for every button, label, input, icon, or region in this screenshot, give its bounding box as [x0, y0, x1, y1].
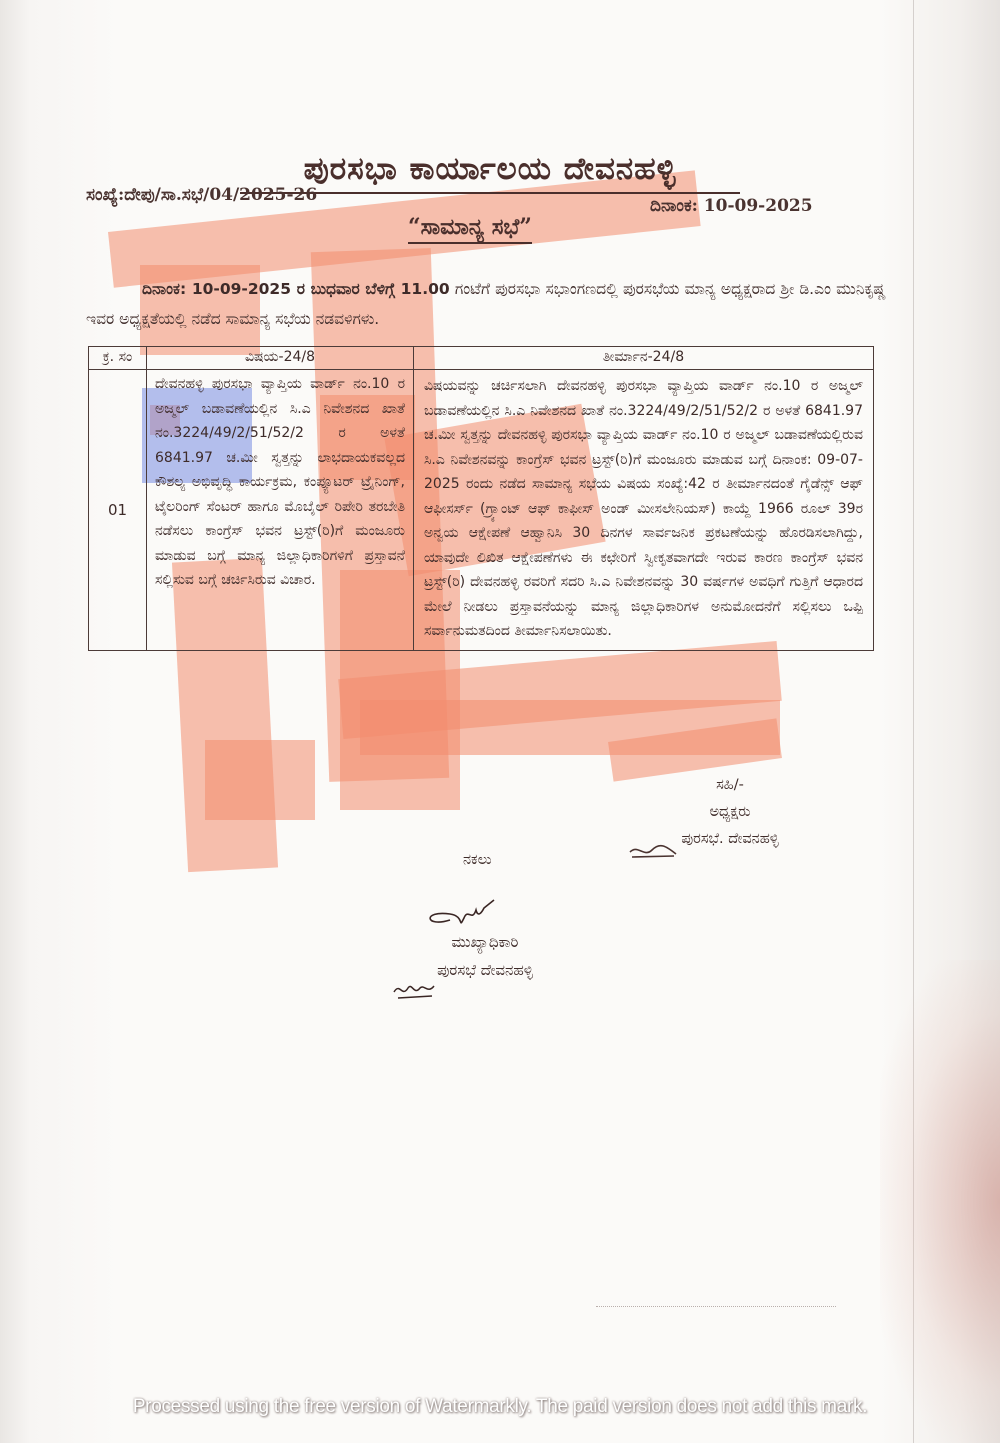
- chief-officer-designation: ಮುಖ್ಯಾಧಿಕಾರಿ: [400, 928, 570, 956]
- paper-stain: [880, 960, 1000, 1443]
- intro-paragraph: ದಿನಾಂಕ: 10-09-2025 ರ ಬುಧವಾರ ಬೆಳಿಗ್ಗೆ 11.…: [86, 274, 886, 334]
- header-subject: ವಿಷಯ-24/8: [147, 347, 414, 370]
- initials-scribble-icon: [628, 842, 678, 862]
- row-resolution: ವಿಷಯವನ್ನು ಚರ್ಚಿಸಲಾಗಿ ದೇವನಹಳ್ಳಿ ಪುರಸಭಾ ವ್…: [414, 370, 874, 651]
- document-date: ದಿನಾಂಕ: 10-09-2025: [650, 196, 813, 216]
- row-serial: 01: [89, 370, 147, 651]
- minutes-table: ಕ್ರ. ಸಂ ವಿಷಯ-24/8 ತೀರ್ಮಾನ-24/8 01 ದೇವನಹಳ…: [88, 346, 874, 651]
- copy-label: ನಕಲು: [463, 852, 492, 868]
- header-resolution: ತೀರ್ಮಾನ-24/8: [414, 347, 874, 370]
- signed-mark: ಸಹಿ/-: [640, 772, 820, 799]
- table-header-row: ಕ್ರ. ಸಂ ವಿಷಯ-24/8 ತೀರ್ಮಾನ-24/8: [89, 347, 874, 370]
- watermark-text: Processed using the free version of Wate…: [0, 1396, 1000, 1418]
- header-serial: ಕ್ರ. ಸಂ: [89, 347, 147, 370]
- initials-scribble-icon: [392, 978, 438, 1004]
- meeting-title: “ಸಾಮಾನ್ಯ ಸಭೆ”: [408, 214, 532, 244]
- table-row: 01 ದೇವನಹಳ್ಳಿ ಪುರಸಭಾ ವ್ಯಾಪ್ತಿಯ ವಾರ್ಡ್ ನಂ.…: [89, 370, 874, 651]
- president-signoff: ಸಹಿ/- ಅಧ್ಯಕ್ಷರು ಪುರಸಭೆ. ದೇವನಹಳ್ಳಿ: [640, 772, 820, 853]
- president-designation: ಅಧ್ಯಕ್ಷರು: [640, 799, 820, 826]
- reference-number: ಸಂಖ್ಯೆ:ದೇಪು/ಸಾ.ಸಭೆ/04/2025-26: [86, 185, 317, 205]
- paper-mark: [596, 1306, 836, 1315]
- intro-date-time: ದಿನಾಂಕ: 10-09-2025 ರ ಬುಧವಾರ ಬೆಳಿಗ್ಗೆ 11.…: [142, 280, 450, 298]
- chief-officer-block: ಮುಖ್ಯಾಧಿಕಾರಿ ಪುರಸಭೆ ದೇವನಹಳ್ಳಿ: [400, 928, 570, 984]
- row-subject: ದೇವನಹಳ್ಳಿ ಪುರಸಭಾ ವ್ಯಾಪ್ತಿಯ ವಾರ್ಡ್ ನಂ.10 …: [147, 370, 414, 651]
